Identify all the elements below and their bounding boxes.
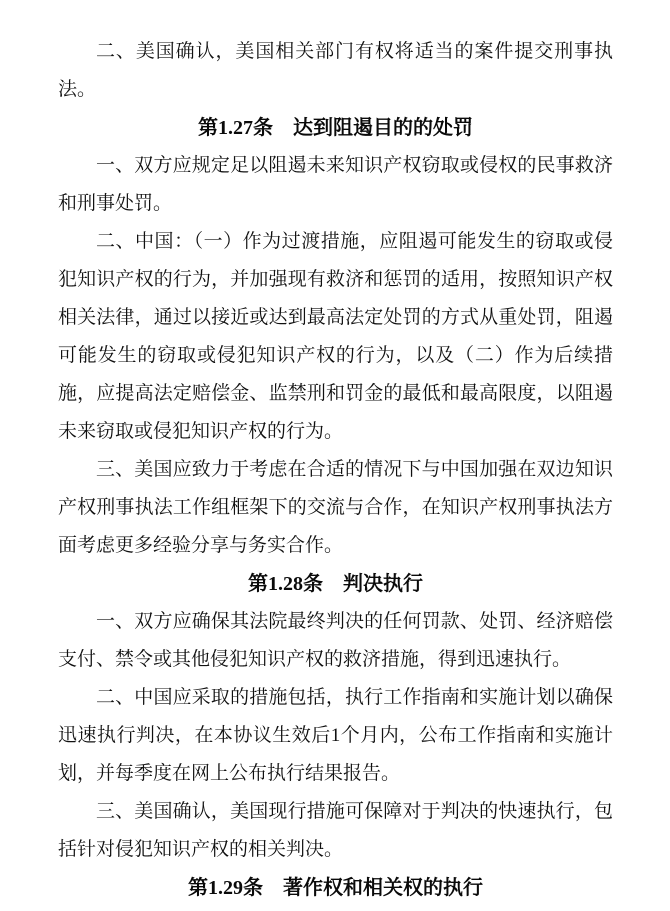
paragraph-1-27-item-3: 三、美国应致力于考虑在合适的情况下与中国加强在双边知识产权刑事执法工作组框架下的… xyxy=(58,451,613,565)
paragraph-1-27-item-1: 一、双方应规定足以阻遏未来知识产权窃取或侵权的民事救济和刑事处罚。 xyxy=(58,147,613,223)
article-heading-1-29: 第1.29条 著作权和相关权的执行 xyxy=(58,869,613,907)
article-heading-1-27: 第1.27条 达到阻遏目的的处罚 xyxy=(58,109,613,147)
paragraph-1-28-item-3: 三、美国确认，美国现行措施可保障对于判决的快速执行，包括针对侵犯知识产权的相关判… xyxy=(58,793,613,869)
paragraph-1-28-item-2: 二、中国应采取的措施包括，执行工作指南和实施计划以确保迅速执行判决，在本协议生效… xyxy=(58,679,613,793)
document-page: 二、美国确认，美国相关部门有权将适当的案件提交刑事执法。 第1.27条 达到阻遏… xyxy=(0,0,670,911)
paragraph-1-28-item-1: 一、双方应确保其法院最终判决的任何罚款、处罚、经济赔偿支付、禁令或其他侵犯知识产… xyxy=(58,603,613,679)
article-heading-1-28: 第1.28条 判决执行 xyxy=(58,565,613,603)
paragraph-1-27-item-2: 二、中国：（一）作为过渡措施，应阻遏可能发生的窃取或侵犯知识产权的行为，并加强现… xyxy=(58,223,613,451)
paragraph-us-criminal-referral: 二、美国确认，美国相关部门有权将适当的案件提交刑事执法。 xyxy=(58,33,613,109)
